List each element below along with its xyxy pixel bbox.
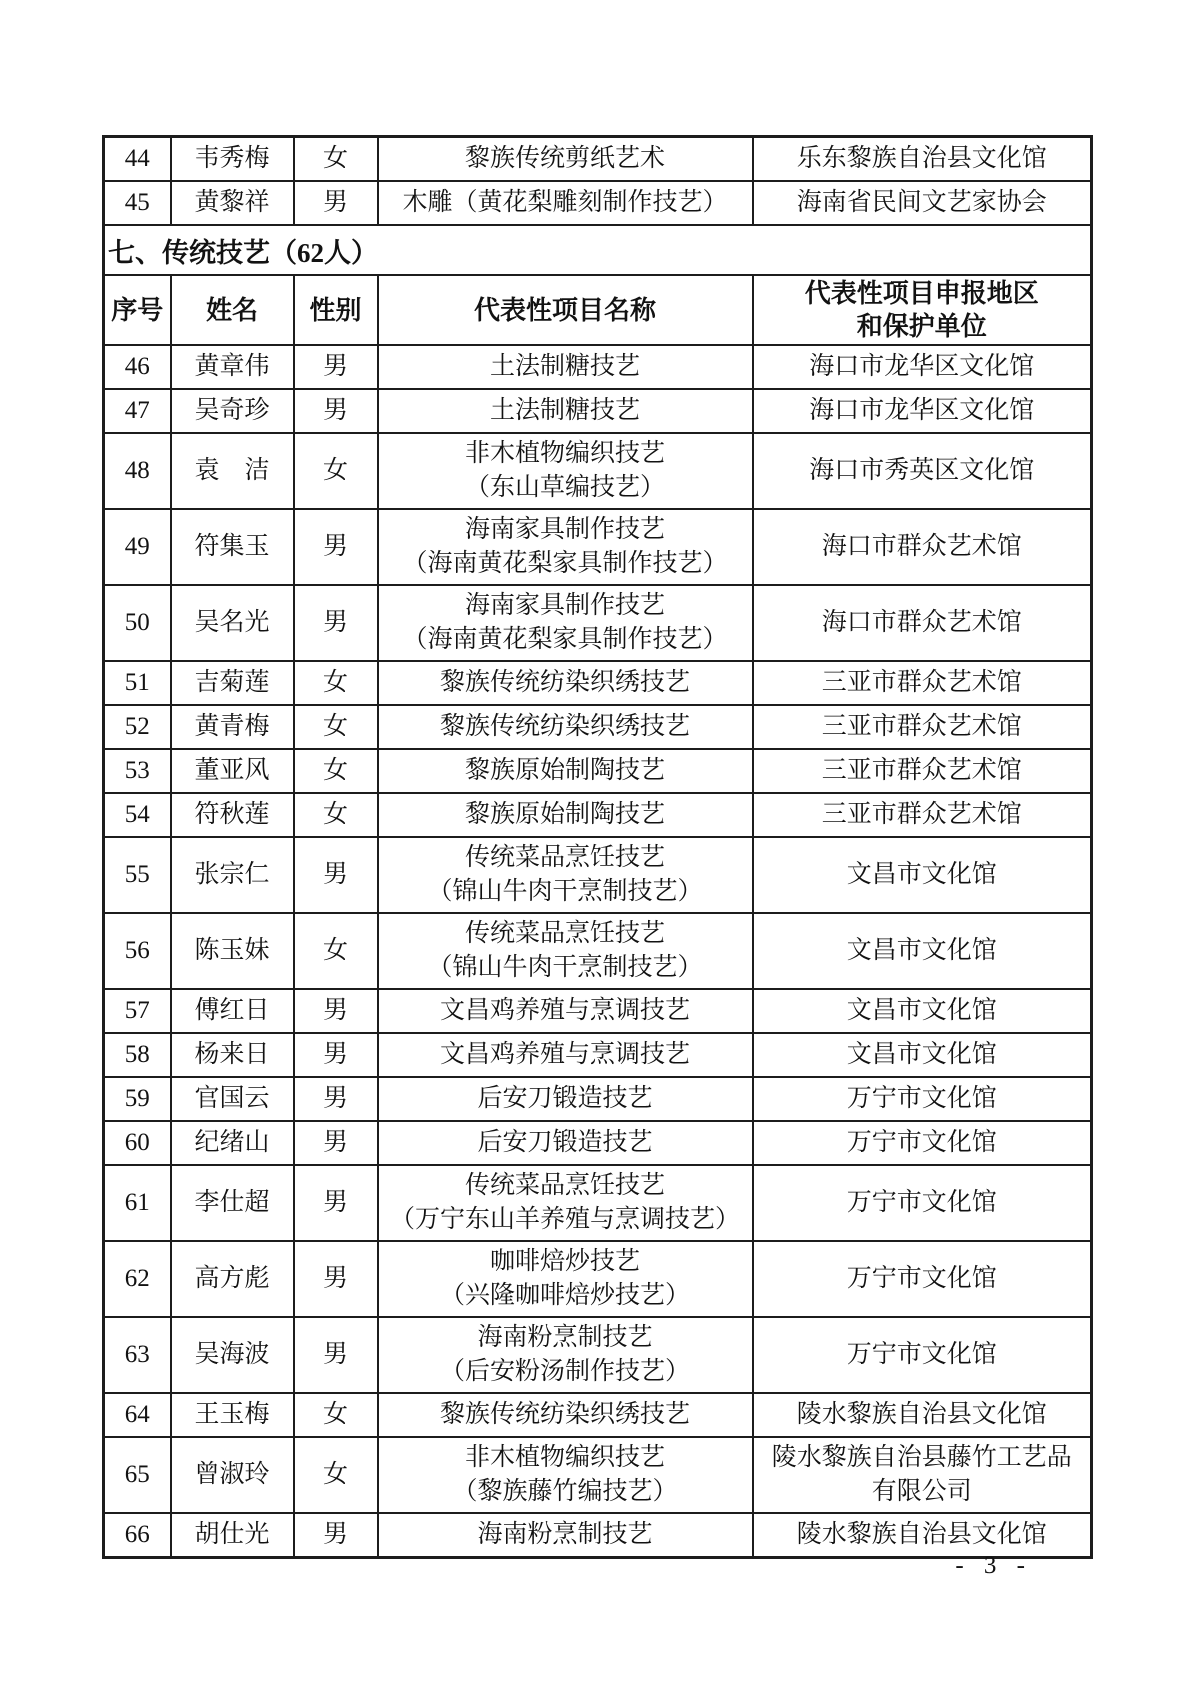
cell-text-line: 黎族传统纺染织绣技艺 bbox=[381, 664, 750, 702]
cell-text-line: 男 bbox=[297, 1036, 375, 1074]
cell-text-line: 49 bbox=[107, 530, 168, 564]
cell-name: 韦秀梅 bbox=[171, 137, 294, 182]
cell-serial-number: 66 bbox=[104, 1513, 171, 1558]
cell-text-line: 48 bbox=[107, 454, 168, 488]
cell-text-line: （黎族藤竹编技艺） bbox=[381, 1475, 750, 1509]
cell-name: 王玉梅 bbox=[171, 1393, 294, 1437]
cell-name: 吴奇珍 bbox=[171, 389, 294, 433]
cell-text-line: 海口市秀英区文化馆 bbox=[756, 454, 1089, 488]
section-title: 七、传统技艺（62人） bbox=[104, 225, 1092, 275]
cell-text-line: 有限公司 bbox=[756, 1475, 1089, 1509]
cell-text-line: 咖啡焙炒技艺 bbox=[381, 1245, 750, 1279]
cell-gender: 女 bbox=[294, 749, 378, 793]
cell-text-line: 女 bbox=[297, 708, 375, 746]
cell-text-line: 女 bbox=[297, 454, 375, 488]
cell-text-line: 乐东黎族自治县文化馆 bbox=[756, 140, 1089, 178]
cell-text-line: 万宁市文化馆 bbox=[756, 1186, 1089, 1220]
cell-text-line: 女 bbox=[297, 796, 375, 834]
cell-text-line: 非木植物编织技艺 bbox=[381, 1441, 750, 1475]
cell-text-line: 51 bbox=[107, 664, 168, 702]
cell-text-line: 海南家具制作技艺 bbox=[381, 589, 750, 623]
table-row-49: 49符集玉男海南家具制作技艺（海南黄花梨家具制作技艺）海口市群众艺术馆 bbox=[104, 509, 1092, 585]
cell-text-line: 张宗仁 bbox=[174, 858, 291, 892]
table-row-58: 58杨来日男文昌鸡养殖与烹调技艺文昌市文化馆 bbox=[104, 1033, 1092, 1077]
table-row-45: 45黄黎祥男木雕（黄花梨雕刻制作技艺）海南省民间文艺家协会 bbox=[104, 181, 1092, 225]
cell-text-line: 吴名光 bbox=[174, 606, 291, 640]
cell-name: 胡仕光 bbox=[171, 1513, 294, 1558]
cell-name: 符集玉 bbox=[171, 509, 294, 585]
cell-text-line: 54 bbox=[107, 796, 168, 834]
cell-text-line: 吴海波 bbox=[174, 1338, 291, 1372]
cell-text-line: （后安粉汤制作技艺） bbox=[381, 1355, 750, 1389]
cell-text-line: 陵水黎族自治县文化馆 bbox=[756, 1516, 1089, 1554]
cell-text-line: 男 bbox=[297, 1338, 375, 1372]
cell-text-line: 文昌市文化馆 bbox=[756, 992, 1089, 1030]
cell-text-line: 文昌市文化馆 bbox=[756, 1036, 1089, 1074]
cell-serial-number: 60 bbox=[104, 1121, 171, 1165]
cell-text-line: 59 bbox=[107, 1080, 168, 1118]
cell-gender: 男 bbox=[294, 1077, 378, 1121]
table-row-61: 61李仕超男传统菜品烹饪技艺（万宁东山羊养殖与烹调技艺）万宁市文化馆 bbox=[104, 1165, 1092, 1241]
cell-text-line: 男 bbox=[297, 1516, 375, 1554]
cell-text-line: 万宁市文化馆 bbox=[756, 1262, 1089, 1296]
table-header-row: 序号姓名性别代表性项目名称代表性项目申报地区和保护单位 bbox=[104, 275, 1092, 345]
cell-text-line: 陵水黎族自治县藤竹工艺品 bbox=[756, 1441, 1089, 1475]
cell-name: 符秋莲 bbox=[171, 793, 294, 837]
cell-text-line: 62 bbox=[107, 1262, 168, 1296]
cell-project-name: 海南家具制作技艺（海南黄花梨家具制作技艺） bbox=[378, 585, 753, 661]
cell-text-line: 男 bbox=[297, 392, 375, 430]
cell-project-name: 传统菜品烹饪技艺（锦山牛肉干烹制技艺） bbox=[378, 837, 753, 913]
table-row-44: 44韦秀梅女黎族传统剪纸艺术乐东黎族自治县文化馆 bbox=[104, 137, 1092, 182]
cell-text-line: 和保护单位 bbox=[756, 310, 1089, 343]
cell-text-line: （兴隆咖啡焙炒技艺） bbox=[381, 1279, 750, 1313]
cell-serial-number: 55 bbox=[104, 837, 171, 913]
table-row-66: 66胡仕光男海南粉烹制技艺陵水黎族自治县文化馆 bbox=[104, 1513, 1092, 1558]
cell-project-name: 后安刀锻造技艺 bbox=[378, 1077, 753, 1121]
table-row-64: 64王玉梅女黎族传统纺染织绣技艺陵水黎族自治县文化馆 bbox=[104, 1393, 1092, 1437]
cell-project-name: 黎族传统纺染织绣技艺 bbox=[378, 661, 753, 705]
cell-text-line: （海南黄花梨家具制作技艺） bbox=[381, 623, 750, 657]
cell-gender: 男 bbox=[294, 1241, 378, 1317]
cell-text-line: 土法制糖技艺 bbox=[381, 392, 750, 430]
table-row-56: 56陈玉妹女传统菜品烹饪技艺（锦山牛肉干烹制技艺）文昌市文化馆 bbox=[104, 913, 1092, 989]
cell-project-name: 黎族传统纺染织绣技艺 bbox=[378, 705, 753, 749]
cell-text-line: 纪绪山 bbox=[174, 1124, 291, 1162]
cell-text-line: 后安刀锻造技艺 bbox=[381, 1124, 750, 1162]
cell-gender: 男 bbox=[294, 1513, 378, 1558]
cell-name: 高方彪 bbox=[171, 1241, 294, 1317]
cell-serial-number: 48 bbox=[104, 433, 171, 509]
cell-text-line: 三亚市群众艺术馆 bbox=[756, 664, 1089, 702]
cell-text-line: 男 bbox=[297, 992, 375, 1030]
column-header-name: 姓名 bbox=[171, 275, 294, 345]
cell-text-line: 52 bbox=[107, 708, 168, 746]
cell-text-line: 海南省民间文艺家协会 bbox=[756, 184, 1089, 222]
cell-text-line: 女 bbox=[297, 1458, 375, 1492]
cell-name: 黄青梅 bbox=[171, 705, 294, 749]
cell-name: 陈玉妹 bbox=[171, 913, 294, 989]
cell-text-line: 女 bbox=[297, 1396, 375, 1434]
cell-name: 杨来日 bbox=[171, 1033, 294, 1077]
cell-text-line: 符集玉 bbox=[174, 530, 291, 564]
cell-serial-number: 64 bbox=[104, 1393, 171, 1437]
cell-text-line: 文昌市文化馆 bbox=[756, 858, 1089, 892]
cell-text-line: 黄章伟 bbox=[174, 348, 291, 386]
cell-text-line: 海南粉烹制技艺 bbox=[381, 1321, 750, 1355]
cell-declaring-unit: 文昌市文化馆 bbox=[753, 1033, 1092, 1077]
cell-text-line: 男 bbox=[297, 348, 375, 386]
inheritors-table: 44韦秀梅女黎族传统剪纸艺术乐东黎族自治县文化馆45黄黎祥男木雕（黄花梨雕刻制作… bbox=[102, 135, 1093, 1559]
cell-project-name: 海南家具制作技艺（海南黄花梨家具制作技艺） bbox=[378, 509, 753, 585]
cell-gender: 女 bbox=[294, 137, 378, 182]
cell-text-line: 男 bbox=[297, 184, 375, 222]
cell-text-line: 文昌鸡养殖与烹调技艺 bbox=[381, 992, 750, 1030]
cell-declaring-unit: 文昌市文化馆 bbox=[753, 837, 1092, 913]
cell-text-line: 杨来日 bbox=[174, 1036, 291, 1074]
cell-text-line: 姓名 bbox=[174, 294, 291, 327]
cell-declaring-unit: 海口市群众艺术馆 bbox=[753, 585, 1092, 661]
cell-text-line: 三亚市群众艺术馆 bbox=[756, 752, 1089, 790]
cell-text-line: 女 bbox=[297, 934, 375, 968]
cell-text-line: 海口市龙华区文化馆 bbox=[756, 392, 1089, 430]
cell-text-line: 万宁市文化馆 bbox=[756, 1124, 1089, 1162]
cell-declaring-unit: 陵水黎族自治县藤竹工艺品有限公司 bbox=[753, 1437, 1092, 1513]
cell-gender: 男 bbox=[294, 389, 378, 433]
column-header-serial-number: 序号 bbox=[104, 275, 171, 345]
cell-gender: 女 bbox=[294, 433, 378, 509]
cell-text-line: （东山草编技艺） bbox=[381, 471, 750, 505]
cell-gender: 女 bbox=[294, 661, 378, 705]
cell-gender: 男 bbox=[294, 181, 378, 225]
cell-gender: 女 bbox=[294, 1393, 378, 1437]
cell-declaring-unit: 三亚市群众艺术馆 bbox=[753, 749, 1092, 793]
cell-gender: 女 bbox=[294, 1437, 378, 1513]
cell-name: 袁 洁 bbox=[171, 433, 294, 509]
cell-text-line: 黎族原始制陶技艺 bbox=[381, 752, 750, 790]
cell-serial-number: 59 bbox=[104, 1077, 171, 1121]
cell-project-name: 后安刀锻造技艺 bbox=[378, 1121, 753, 1165]
cell-serial-number: 61 bbox=[104, 1165, 171, 1241]
cell-declaring-unit: 陵水黎族自治县文化馆 bbox=[753, 1513, 1092, 1558]
cell-text-line: 海口市群众艺术馆 bbox=[756, 606, 1089, 640]
cell-text-line: 黄青梅 bbox=[174, 708, 291, 746]
cell-text-line: 黎族原始制陶技艺 bbox=[381, 796, 750, 834]
table-row-60: 60纪绪山男后安刀锻造技艺万宁市文化馆 bbox=[104, 1121, 1092, 1165]
cell-text-line: 女 bbox=[297, 140, 375, 178]
cell-text-line: 傅红日 bbox=[174, 992, 291, 1030]
cell-text-line: 董亚风 bbox=[174, 752, 291, 790]
column-header-declaring-unit: 代表性项目申报地区和保护单位 bbox=[753, 275, 1092, 345]
cell-name: 官国云 bbox=[171, 1077, 294, 1121]
cell-name: 黄章伟 bbox=[171, 345, 294, 389]
cell-text-line: 木雕（黄花梨雕刻制作技艺） bbox=[381, 184, 750, 222]
cell-text-line: （海南黄花梨家具制作技艺） bbox=[381, 547, 750, 581]
cell-text-line: 女 bbox=[297, 664, 375, 702]
cell-text-line: 黄黎祥 bbox=[174, 184, 291, 222]
cell-text-line: 官国云 bbox=[174, 1080, 291, 1118]
cell-declaring-unit: 陵水黎族自治县文化馆 bbox=[753, 1393, 1092, 1437]
cell-text-line: 胡仕光 bbox=[174, 1516, 291, 1554]
cell-text-line: 文昌鸡养殖与烹调技艺 bbox=[381, 1036, 750, 1074]
cell-text-line: 后安刀锻造技艺 bbox=[381, 1080, 750, 1118]
cell-text-line: 符秋莲 bbox=[174, 796, 291, 834]
table-row-62: 62高方彪男咖啡焙炒技艺（兴隆咖啡焙炒技艺）万宁市文化馆 bbox=[104, 1241, 1092, 1317]
cell-text-line: 海南粉烹制技艺 bbox=[381, 1516, 750, 1554]
cell-text-line: 50 bbox=[107, 606, 168, 640]
cell-declaring-unit: 海口市龙华区文化馆 bbox=[753, 345, 1092, 389]
cell-name: 傅红日 bbox=[171, 989, 294, 1033]
cell-serial-number: 57 bbox=[104, 989, 171, 1033]
cell-declaring-unit: 海口市群众艺术馆 bbox=[753, 509, 1092, 585]
cell-name: 李仕超 bbox=[171, 1165, 294, 1241]
cell-text-line: 46 bbox=[107, 348, 168, 386]
cell-text-line: 文昌市文化馆 bbox=[756, 934, 1089, 968]
cell-project-name: 木雕（黄花梨雕刻制作技艺） bbox=[378, 181, 753, 225]
table-row-53: 53董亚风女黎族原始制陶技艺三亚市群众艺术馆 bbox=[104, 749, 1092, 793]
cell-text-line: 李仕超 bbox=[174, 1186, 291, 1220]
page-number: - 3 - bbox=[0, 1552, 1032, 1580]
cell-project-name: 文昌鸡养殖与烹调技艺 bbox=[378, 989, 753, 1033]
cell-declaring-unit: 三亚市群众艺术馆 bbox=[753, 661, 1092, 705]
cell-text-line: 黎族传统纺染织绣技艺 bbox=[381, 1396, 750, 1434]
cell-serial-number: 52 bbox=[104, 705, 171, 749]
cell-project-name: 传统菜品烹饪技艺（锦山牛肉干烹制技艺） bbox=[378, 913, 753, 989]
table-row-63: 63吴海波男海南粉烹制技艺（后安粉汤制作技艺）万宁市文化馆 bbox=[104, 1317, 1092, 1393]
cell-text-line: 男 bbox=[297, 1080, 375, 1118]
cell-text-line: 60 bbox=[107, 1124, 168, 1162]
cell-gender: 男 bbox=[294, 1033, 378, 1077]
cell-name: 吴名光 bbox=[171, 585, 294, 661]
cell-project-name: 海南粉烹制技艺（后安粉汤制作技艺） bbox=[378, 1317, 753, 1393]
cell-declaring-unit: 万宁市文化馆 bbox=[753, 1165, 1092, 1241]
cell-text-line: 代表性项目申报地区 bbox=[756, 277, 1089, 310]
cell-project-name: 黎族传统纺染织绣技艺 bbox=[378, 1393, 753, 1437]
cell-serial-number: 46 bbox=[104, 345, 171, 389]
cell-text-line: 万宁市文化馆 bbox=[756, 1080, 1089, 1118]
cell-serial-number: 50 bbox=[104, 585, 171, 661]
table-row-55: 55张宗仁男传统菜品烹饪技艺（锦山牛肉干烹制技艺）文昌市文化馆 bbox=[104, 837, 1092, 913]
cell-text-line: 58 bbox=[107, 1036, 168, 1074]
cell-serial-number: 51 bbox=[104, 661, 171, 705]
cell-text-line: 女 bbox=[297, 752, 375, 790]
cell-text-line: 61 bbox=[107, 1186, 168, 1220]
column-header-gender: 性别 bbox=[294, 275, 378, 345]
table-row-46: 46黄章伟男土法制糖技艺海口市龙华区文化馆 bbox=[104, 345, 1092, 389]
cell-project-name: 传统菜品烹饪技艺（万宁东山羊养殖与烹调技艺） bbox=[378, 1165, 753, 1241]
cell-text-line: 57 bbox=[107, 992, 168, 1030]
cell-text-line: 吴奇珍 bbox=[174, 392, 291, 430]
cell-declaring-unit: 乐东黎族自治县文化馆 bbox=[753, 137, 1092, 182]
cell-text-line: （锦山牛肉干烹制技艺） bbox=[381, 875, 750, 909]
cell-project-name: 非木植物编织技艺（东山草编技艺） bbox=[378, 433, 753, 509]
cell-text-line: （锦山牛肉干烹制技艺） bbox=[381, 951, 750, 985]
cell-text-line: 64 bbox=[107, 1396, 168, 1434]
cell-gender: 男 bbox=[294, 509, 378, 585]
cell-project-name: 海南粉烹制技艺 bbox=[378, 1513, 753, 1558]
cell-text-line: 63 bbox=[107, 1338, 168, 1372]
cell-text-line: 海口市群众艺术馆 bbox=[756, 530, 1089, 564]
cell-text-line: 海南家具制作技艺 bbox=[381, 513, 750, 547]
cell-text-line: 三亚市群众艺术馆 bbox=[756, 708, 1089, 746]
cell-text-line: 非木植物编织技艺 bbox=[381, 437, 750, 471]
cell-serial-number: 58 bbox=[104, 1033, 171, 1077]
cell-declaring-unit: 文昌市文化馆 bbox=[753, 989, 1092, 1033]
cell-declaring-unit: 三亚市群众艺术馆 bbox=[753, 793, 1092, 837]
cell-gender: 男 bbox=[294, 345, 378, 389]
cell-text-line: 性别 bbox=[297, 294, 375, 327]
cell-text-line: 男 bbox=[297, 1262, 375, 1296]
cell-text-line: 袁 洁 bbox=[174, 454, 291, 488]
cell-text-line: 吉菊莲 bbox=[174, 664, 291, 702]
cell-declaring-unit: 万宁市文化馆 bbox=[753, 1077, 1092, 1121]
cell-name: 曾淑玲 bbox=[171, 1437, 294, 1513]
cell-name: 董亚风 bbox=[171, 749, 294, 793]
column-header-project-name: 代表性项目名称 bbox=[378, 275, 753, 345]
cell-name: 黄黎祥 bbox=[171, 181, 294, 225]
cell-gender: 男 bbox=[294, 1317, 378, 1393]
cell-gender: 女 bbox=[294, 793, 378, 837]
cell-declaring-unit: 海口市秀英区文化馆 bbox=[753, 433, 1092, 509]
cell-text-line: 传统菜品烹饪技艺 bbox=[381, 917, 750, 951]
cell-text-line: 传统菜品烹饪技艺 bbox=[381, 841, 750, 875]
cell-project-name: 黎族原始制陶技艺 bbox=[378, 749, 753, 793]
cell-serial-number: 54 bbox=[104, 793, 171, 837]
table-row-52: 52黄青梅女黎族传统纺染织绣技艺三亚市群众艺术馆 bbox=[104, 705, 1092, 749]
cell-text-line: 47 bbox=[107, 392, 168, 430]
cell-text-line: 男 bbox=[297, 1186, 375, 1220]
cell-declaring-unit: 文昌市文化馆 bbox=[753, 913, 1092, 989]
cell-serial-number: 47 bbox=[104, 389, 171, 433]
cell-text-line: 三亚市群众艺术馆 bbox=[756, 796, 1089, 834]
cell-text-line: 黎族传统剪纸艺术 bbox=[381, 140, 750, 178]
cell-text-line: 序号 bbox=[107, 294, 168, 327]
cell-text-line: 男 bbox=[297, 530, 375, 564]
cell-gender: 女 bbox=[294, 705, 378, 749]
cell-serial-number: 62 bbox=[104, 1241, 171, 1317]
cell-text-line: 56 bbox=[107, 934, 168, 968]
cell-serial-number: 49 bbox=[104, 509, 171, 585]
cell-declaring-unit: 万宁市文化馆 bbox=[753, 1121, 1092, 1165]
cell-project-name: 文昌鸡养殖与烹调技艺 bbox=[378, 1033, 753, 1077]
cell-text-line: 土法制糖技艺 bbox=[381, 348, 750, 386]
cell-text-line: 万宁市文化馆 bbox=[756, 1338, 1089, 1372]
cell-text-line: （万宁东山羊养殖与烹调技艺） bbox=[381, 1203, 750, 1237]
cell-gender: 女 bbox=[294, 913, 378, 989]
cell-serial-number: 65 bbox=[104, 1437, 171, 1513]
cell-text-line: 陵水黎族自治县文化馆 bbox=[756, 1396, 1089, 1434]
cell-project-name: 土法制糖技艺 bbox=[378, 389, 753, 433]
cell-text-line: 海口市龙华区文化馆 bbox=[756, 348, 1089, 386]
cell-project-name: 咖啡焙炒技艺（兴隆咖啡焙炒技艺） bbox=[378, 1241, 753, 1317]
section-title-row: 七、传统技艺（62人） bbox=[104, 225, 1092, 275]
cell-text-line: 53 bbox=[107, 752, 168, 790]
cell-text-line: 曾淑玲 bbox=[174, 1458, 291, 1492]
cell-name: 吴海波 bbox=[171, 1317, 294, 1393]
cell-text-line: 男 bbox=[297, 858, 375, 892]
cell-project-name: 土法制糖技艺 bbox=[378, 345, 753, 389]
table-row-59: 59官国云男后安刀锻造技艺万宁市文化馆 bbox=[104, 1077, 1092, 1121]
cell-declaring-unit: 三亚市群众艺术馆 bbox=[753, 705, 1092, 749]
cell-serial-number: 56 bbox=[104, 913, 171, 989]
cell-serial-number: 44 bbox=[104, 137, 171, 182]
cell-text-line: 陈玉妹 bbox=[174, 934, 291, 968]
cell-gender: 男 bbox=[294, 837, 378, 913]
cell-gender: 男 bbox=[294, 585, 378, 661]
cell-text-line: 男 bbox=[297, 606, 375, 640]
cell-text-line: 传统菜品烹饪技艺 bbox=[381, 1169, 750, 1203]
cell-name: 张宗仁 bbox=[171, 837, 294, 913]
cell-text-line: 55 bbox=[107, 858, 168, 892]
cell-text-line: 代表性项目名称 bbox=[381, 294, 750, 327]
cell-text-line: 45 bbox=[107, 184, 168, 222]
cell-serial-number: 45 bbox=[104, 181, 171, 225]
table-row-65: 65曾淑玲女非木植物编织技艺（黎族藤竹编技艺）陵水黎族自治县藤竹工艺品有限公司 bbox=[104, 1437, 1092, 1513]
table-body: 44韦秀梅女黎族传统剪纸艺术乐东黎族自治县文化馆45黄黎祥男木雕（黄花梨雕刻制作… bbox=[104, 137, 1092, 1558]
cell-gender: 男 bbox=[294, 1121, 378, 1165]
cell-serial-number: 63 bbox=[104, 1317, 171, 1393]
cell-serial-number: 53 bbox=[104, 749, 171, 793]
cell-project-name: 黎族原始制陶技艺 bbox=[378, 793, 753, 837]
cell-text-line: 男 bbox=[297, 1124, 375, 1162]
cell-project-name: 黎族传统剪纸艺术 bbox=[378, 137, 753, 182]
table-row-47: 47吴奇珍男土法制糖技艺海口市龙华区文化馆 bbox=[104, 389, 1092, 433]
cell-project-name: 非木植物编织技艺（黎族藤竹编技艺） bbox=[378, 1437, 753, 1513]
table-row-54: 54符秋莲女黎族原始制陶技艺三亚市群众艺术馆 bbox=[104, 793, 1092, 837]
cell-text-line: 44 bbox=[107, 140, 168, 178]
cell-text-line: 王玉梅 bbox=[174, 1396, 291, 1434]
cell-declaring-unit: 海南省民间文艺家协会 bbox=[753, 181, 1092, 225]
cell-text-line: 66 bbox=[107, 1516, 168, 1554]
cell-text-line: 高方彪 bbox=[174, 1262, 291, 1296]
cell-name: 纪绪山 bbox=[171, 1121, 294, 1165]
cell-text-line: 韦秀梅 bbox=[174, 140, 291, 178]
cell-gender: 男 bbox=[294, 989, 378, 1033]
cell-text-line: 65 bbox=[107, 1458, 168, 1492]
cell-name: 吉菊莲 bbox=[171, 661, 294, 705]
table-row-50: 50吴名光男海南家具制作技艺（海南黄花梨家具制作技艺）海口市群众艺术馆 bbox=[104, 585, 1092, 661]
cell-declaring-unit: 万宁市文化馆 bbox=[753, 1317, 1092, 1393]
table-row-57: 57傅红日男文昌鸡养殖与烹调技艺文昌市文化馆 bbox=[104, 989, 1092, 1033]
table-row-51: 51吉菊莲女黎族传统纺染织绣技艺三亚市群众艺术馆 bbox=[104, 661, 1092, 705]
table-row-48: 48袁 洁女非木植物编织技艺（东山草编技艺）海口市秀英区文化馆 bbox=[104, 433, 1092, 509]
cell-declaring-unit: 海口市龙华区文化馆 bbox=[753, 389, 1092, 433]
cell-text-line: 黎族传统纺染织绣技艺 bbox=[381, 708, 750, 746]
cell-gender: 男 bbox=[294, 1165, 378, 1241]
document-page: 44韦秀梅女黎族传统剪纸艺术乐东黎族自治县文化馆45黄黎祥男木雕（黄花梨雕刻制作… bbox=[0, 0, 1190, 1683]
cell-declaring-unit: 万宁市文化馆 bbox=[753, 1241, 1092, 1317]
